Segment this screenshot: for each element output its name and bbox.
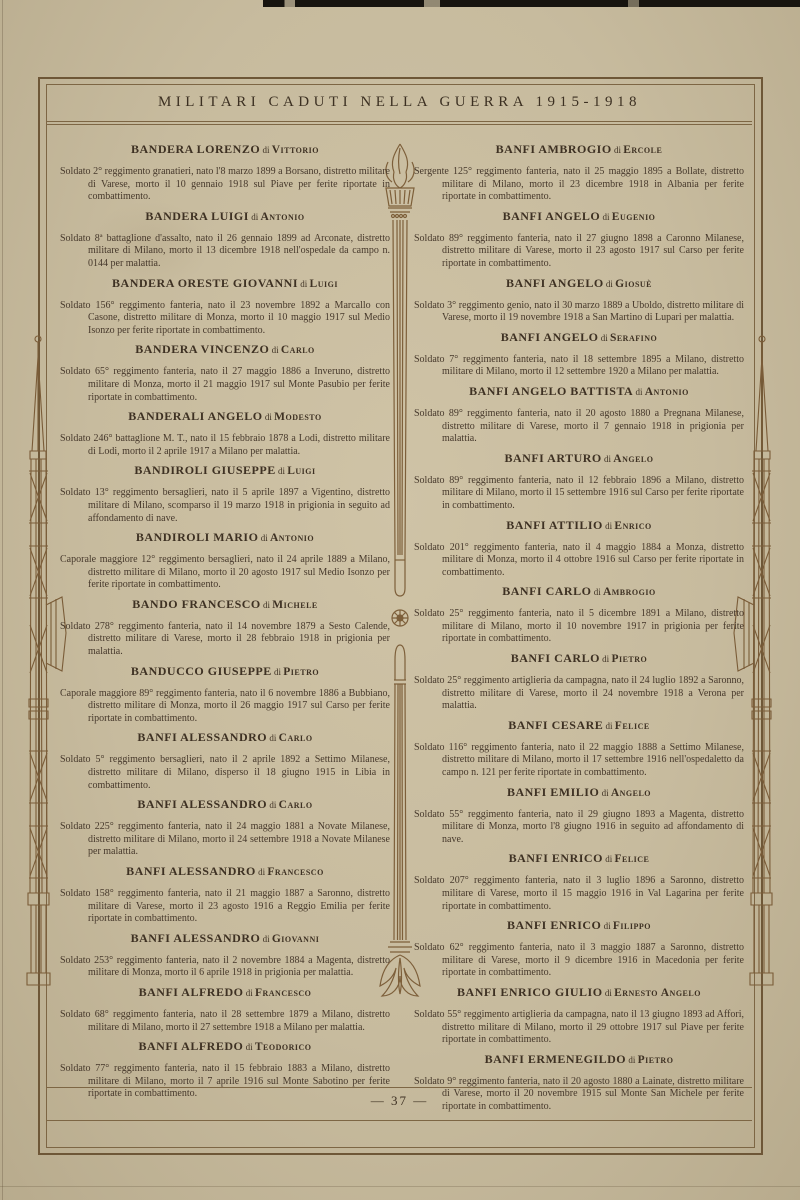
entry-heading: BANFI CARLO di Pietro [414, 646, 744, 668]
entry-text: Soldato 25° reggimento artiglieria da ca… [414, 675, 744, 713]
entry-father-name: Antonio [645, 386, 689, 398]
entry-di-label: di [626, 1055, 638, 1065]
entry-surname-name: BANFI ANGELO [503, 209, 601, 223]
entry-father-name: Antonio [260, 211, 304, 223]
entry-di-label: di [598, 333, 610, 343]
entry-text: Soldato 246° battaglione M. T., nato il … [60, 433, 390, 458]
entry-father-name: Francesco [255, 987, 311, 999]
soldier-entry: BANFI ARTURO di AngeloSoldato 89° reggim… [414, 446, 744, 513]
entry-surname-name: BANFI ANGELO BATTISTA [469, 384, 633, 398]
entry-di-label: di [600, 654, 612, 664]
entry-heading: BANFI CESARE di Felice [414, 713, 744, 735]
entry-text: Soldato 253° reggimento fanteria, nato i… [60, 955, 390, 980]
entry-father-name: Angelo [613, 453, 653, 465]
entry-father-name: Francesco [267, 866, 323, 878]
soldier-entry: BANDO FRANCESCO di MicheleSoldato 278° r… [60, 592, 390, 659]
entry-surname-name: BANDERALI ANGELO [128, 409, 262, 423]
soldier-entry: BANFI ALESSANDRO di GiovanniSoldato 253°… [60, 926, 390, 980]
entry-father-name: Ercole [623, 144, 662, 156]
entry-heading: BANDIROLI GIUSEPPE di Luigi [60, 458, 390, 480]
entry-heading: BANFI ALESSANDRO di Carlo [60, 792, 390, 814]
entry-surname-name: BANDERA VINCENZO [135, 342, 269, 356]
soldier-entry: BANFI ALFREDO di TeodoricoSoldato 77° re… [60, 1034, 390, 1101]
entry-surname-name: BANFI ALESSANDRO [131, 931, 261, 945]
entry-di-label: di [272, 667, 284, 677]
header-rule [47, 121, 752, 122]
entry-father-name: Michele [272, 599, 317, 611]
entry-heading: BANFI ENRICO di Filippo [414, 913, 744, 935]
entry-father-name: Carlo [279, 732, 313, 744]
entry-heading: BANFI ARTURO di Angelo [414, 446, 744, 468]
entry-surname-name: BANFI ENRICO [509, 851, 603, 865]
entry-surname-name: BANFI ENRICO GIULIO [457, 985, 603, 999]
entry-di-label: di [600, 212, 612, 222]
entry-text: Soldato 278° reggimento fanteria, nato i… [60, 621, 390, 659]
entry-father-name: Luigi [310, 278, 338, 290]
entry-father-name: Eugenio [612, 211, 656, 223]
entry-surname-name: BANDERA ORESTE GIOVANNI [112, 276, 298, 290]
entry-father-name: Ernesto Angelo [614, 987, 701, 999]
entry-heading: BANFI EMILIO di Angelo [414, 780, 744, 802]
entry-di-label: di [603, 988, 615, 998]
entry-surname-name: BANFI EMILIO [507, 785, 599, 799]
entry-text: Soldato 25° reggimento fanteria, nato il… [414, 608, 744, 646]
column-right: BANFI AMBROGIO di ErcoleSergente 125° re… [414, 137, 744, 1085]
entry-father-name: Felice [615, 720, 650, 732]
entry-di-label: di [260, 145, 272, 155]
entry-text: Soldato 201° reggimento fanteria, nato i… [414, 542, 744, 580]
entry-father-name: Pietro [283, 666, 319, 678]
footer-rule-2 [47, 1120, 752, 1121]
entry-heading: BANDERA LUIGI di Antonio [60, 204, 390, 226]
entry-text: Soldato 158° reggimento fanteria, nato i… [60, 888, 390, 926]
entry-heading: BANFI ERMENEGILDO di Pietro [414, 1047, 744, 1069]
soldier-entry: BANFI ATTILIO di EnricoSoldato 201° regg… [414, 513, 744, 580]
entry-di-label: di [601, 921, 613, 931]
entry-surname-name: BANDIROLI GIUSEPPE [134, 463, 275, 477]
entry-father-name: Modesto [274, 411, 322, 423]
entry-text: Soldato 89° reggimento fanteria, nato il… [414, 475, 744, 513]
entry-text: Soldato 89° reggimento fanteria, nato il… [414, 233, 744, 271]
entry-father-name: Giovanni [272, 933, 319, 945]
entry-surname-name: BANFI ALFREDO [139, 985, 244, 999]
entry-father-name: Filippo [613, 920, 651, 932]
soldier-entry: BANFI ANGELO BATTISTA di AntonioSoldato … [414, 379, 744, 446]
entry-text: Soldato 7° reggimento fanteria, nato il … [414, 354, 744, 379]
entry-surname-name: BANDIROLI MARIO [136, 530, 259, 544]
entry-di-label: di [258, 533, 270, 543]
entry-text: Caporale maggiore 89° reggimento fanteri… [60, 688, 390, 726]
entry-heading: BANFI ALFREDO di Teodorico [60, 1034, 390, 1056]
soldier-entry: BANDERA LUIGI di AntonioSoldato 8ª batta… [60, 204, 390, 271]
entry-surname-name: BANFI ALESSANDRO [137, 797, 267, 811]
entry-heading: BANDUCCO GIUSEPPE di Pietro [60, 659, 390, 681]
entry-text: Sergente 125° reggimento fanteria, nato … [414, 166, 744, 204]
entry-heading: BANDERA LORENZO di Vittorio [60, 137, 390, 159]
soldier-entry: BANDERA ORESTE GIOVANNI di LuigiSoldato … [60, 271, 390, 338]
entry-heading: BANFI ENRICO di Felice [414, 846, 744, 868]
soldier-entry: BANDERA VINCENZO di CarloSoldato 65° reg… [60, 337, 390, 404]
entry-heading: BANFI ALESSANDRO di Carlo [60, 725, 390, 747]
entry-heading: BANFI ALESSANDRO di Francesco [60, 859, 390, 881]
entry-surname-name: BANFI AMBROGIO [496, 142, 612, 156]
soldier-entry: BANDERALI ANGELO di ModestoSoldato 246° … [60, 404, 390, 458]
entry-di-label: di [261, 600, 273, 610]
entry-di-label: di [604, 279, 616, 289]
soldier-entry: BANFI CARLO di AmbrogioSoldato 25° reggi… [414, 579, 744, 646]
entry-di-label: di [249, 212, 261, 222]
entry-surname-name: BANDUCCO GIUSEPPE [131, 664, 272, 678]
entry-surname-name: BANFI ALESSANDRO [126, 864, 256, 878]
entry-surname-name: BANFI ANGELO [501, 330, 599, 344]
entry-father-name: Serafino [610, 332, 657, 344]
entry-text: Caporale maggiore 12° reggimento bersagl… [60, 554, 390, 592]
soldier-entry: BANDIROLI MARIO di AntonioCaporale maggi… [60, 525, 390, 592]
entry-heading: BANDERA VINCENZO di Carlo [60, 337, 390, 359]
footer-band: — 37 — [47, 1092, 752, 1110]
entry-heading: BANFI ANGELO di Eugenio [414, 204, 744, 226]
entry-text: Soldato 8ª battaglione d'assalto, nato i… [60, 233, 390, 271]
entry-father-name: Felice [614, 853, 649, 865]
entry-heading: BANFI ATTILIO di Enrico [414, 513, 744, 535]
entry-di-label: di [602, 454, 614, 464]
entry-surname-name: BANFI ALFREDO [139, 1039, 244, 1053]
entry-text: Soldato 13° reggimento bersaglieri, nato… [60, 487, 390, 525]
soldier-entry: BANFI ANGELO di GiosuèSoldato 3° reggime… [414, 271, 744, 325]
entry-surname-name: BANFI ALESSANDRO [137, 730, 267, 744]
entry-di-label: di [260, 934, 272, 944]
entry-surname-name: BANFI CARLO [511, 651, 600, 665]
entry-di-label: di [276, 466, 288, 476]
entry-di-label: di [591, 587, 603, 597]
soldier-entry: BANFI AMBROGIO di ErcoleSergente 125° re… [414, 137, 744, 204]
entry-father-name: Ambrogio [603, 586, 656, 598]
entry-surname-name: BANDO FRANCESCO [132, 597, 261, 611]
entry-father-name: Vittorio [272, 144, 319, 156]
entry-heading: BANDO FRANCESCO di Michele [60, 592, 390, 614]
entry-surname-name: BANFI ANGELO [506, 276, 604, 290]
entry-di-label: di [267, 733, 279, 743]
soldier-entry: BANFI ANGELO di SerafinoSoldato 7° reggi… [414, 325, 744, 379]
entry-text: Soldato 207° reggimento fanteria, nato i… [414, 875, 744, 913]
entry-di-label: di [263, 412, 275, 422]
book-page: MILITARI CADUTI NELLA GUERRA 1915-1918 [0, 0, 800, 1200]
entry-di-label: di [269, 345, 281, 355]
entry-text: Soldato 5° reggimento bersaglieri, nato … [60, 754, 390, 792]
soldier-entry: BANDERA LORENZO di VittorioSoldato 2° re… [60, 137, 390, 204]
entry-heading: BANFI ALFREDO di Francesco [60, 980, 390, 1002]
soldier-entry: BANDIROLI GIUSEPPE di LuigiSoldato 13° r… [60, 458, 390, 525]
entry-di-label: di [633, 387, 645, 397]
entry-heading: BANDERALI ANGELO di Modesto [60, 404, 390, 426]
entry-heading: BANDIROLI MARIO di Antonio [60, 525, 390, 547]
entry-text: Soldato 225° reggimento fanteria, nato i… [60, 821, 390, 859]
entry-text: Soldato 68° reggimento fanteria, nato il… [60, 1009, 390, 1034]
entry-father-name: Teodorico [255, 1041, 312, 1053]
entry-heading: BANFI ANGELO di Giosuè [414, 271, 744, 293]
soldier-entry: BANFI ALESSANDRO di FrancescoSoldato 158… [60, 859, 390, 926]
entry-di-label: di [612, 145, 624, 155]
entry-text: Soldato 3° reggimento genio, nato il 30 … [414, 300, 744, 325]
soldier-entry: BANFI ENRICO GIULIO di Ernesto AngeloSol… [414, 980, 744, 1047]
soldier-entry: BANFI ENRICO di FeliceSoldato 207° reggi… [414, 846, 744, 913]
soldier-entry: BANFI EMILIO di AngeloSoldato 55° reggim… [414, 780, 744, 847]
entry-father-name: Giosuè [615, 278, 652, 290]
soldier-entry: BANFI ENRICO di FilippoSoldato 62° reggi… [414, 913, 744, 980]
soldier-entry: BANFI CESARE di FeliceSoldato 116° reggi… [414, 713, 744, 780]
page-number: — 37 — [371, 1093, 429, 1108]
entry-di-label: di [603, 521, 615, 531]
soldier-entry: BANFI CARLO di PietroSoldato 25° reggime… [414, 646, 744, 713]
entry-text: Soldato 55° reggimento fanteria, nato il… [414, 809, 744, 847]
entry-surname-name: BANFI ARTURO [505, 451, 602, 465]
entry-heading: BANFI CARLO di Ambrogio [414, 579, 744, 601]
entry-father-name: Pietro [611, 653, 647, 665]
entry-di-label: di [603, 854, 615, 864]
soldier-entry: BANDUCCO GIUSEPPE di PietroCaporale magg… [60, 659, 390, 726]
entry-surname-name: BANFI CARLO [502, 584, 591, 598]
entry-text: Soldato 62° reggimento fanteria, nato il… [414, 942, 744, 980]
entry-heading: BANFI AMBROGIO di Ercole [414, 137, 744, 159]
column-left: BANDERA LORENZO di VittorioSoldato 2° re… [60, 137, 390, 1085]
entry-heading: BANFI ANGELO BATTISTA di Antonio [414, 379, 744, 401]
entry-father-name: Enrico [614, 520, 651, 532]
entry-surname-name: BANFI ERMENEGILDO [485, 1052, 627, 1066]
scan-edge-bar [263, 0, 800, 7]
entry-text: Soldato 65° reggimento fanteria, nato il… [60, 366, 390, 404]
entry-surname-name: BANFI ATTILIO [506, 518, 603, 532]
entry-di-label: di [243, 988, 255, 998]
entry-di-label: di [599, 788, 611, 798]
entry-father-name: Pietro [638, 1054, 674, 1066]
entry-di-label: di [256, 867, 268, 877]
entry-di-label: di [298, 279, 310, 289]
entry-di-label: di [603, 721, 615, 731]
footer-rule [47, 1087, 752, 1088]
header-band: MILITARI CADUTI NELLA GUERRA 1915-1918 [47, 85, 752, 120]
soldier-entry: BANFI ALESSANDRO di CarloSoldato 5° regg… [60, 725, 390, 792]
entry-text: Soldato 2° reggimento granatieri, nato l… [60, 166, 390, 204]
entry-heading: BANFI ENRICO GIULIO di Ernesto Angelo [414, 980, 744, 1002]
entry-di-label: di [243, 1042, 255, 1052]
fasces-icon [0, 333, 68, 1003]
entry-surname-name: BANFI ENRICO [507, 918, 601, 932]
header-rule-2 [47, 124, 752, 125]
entry-heading: BANFI ANGELO di Serafino [414, 325, 744, 347]
entry-text: Soldato 55° reggimento artiglieria da ca… [414, 1009, 744, 1047]
entry-text: Soldato 116° reggimento fanteria, nato i… [414, 742, 744, 780]
entry-father-name: Angelo [611, 787, 651, 799]
entry-father-name: Carlo [281, 344, 315, 356]
page-title: MILITARI CADUTI NELLA GUERRA 1915-1918 [158, 94, 641, 111]
soldier-entry: BANFI ALFREDO di FrancescoSoldato 68° re… [60, 980, 390, 1034]
entry-di-label: di [267, 800, 279, 810]
soldier-entry: BANFI ALESSANDRO di CarloSoldato 225° re… [60, 792, 390, 859]
entry-text: Soldato 156° reggimento fanteria, nato i… [60, 300, 390, 338]
scan-edge-line-bottom [0, 1186, 800, 1187]
entry-surname-name: BANDERA LUIGI [145, 209, 249, 223]
entry-heading: BANFI ALESSANDRO di Giovanni [60, 926, 390, 948]
entry-surname-name: BANFI CESARE [508, 718, 603, 732]
entry-surname-name: BANDERA LORENZO [131, 142, 260, 156]
entry-father-name: Carlo [279, 799, 313, 811]
soldier-entry: BANFI ANGELO di EugenioSoldato 89° reggi… [414, 204, 744, 271]
entry-father-name: Antonio [270, 532, 314, 544]
entry-text: Soldato 89° reggimento fanteria, nato il… [414, 408, 744, 446]
entry-father-name: Luigi [287, 465, 315, 477]
entry-heading: BANDERA ORESTE GIOVANNI di Luigi [60, 271, 390, 293]
